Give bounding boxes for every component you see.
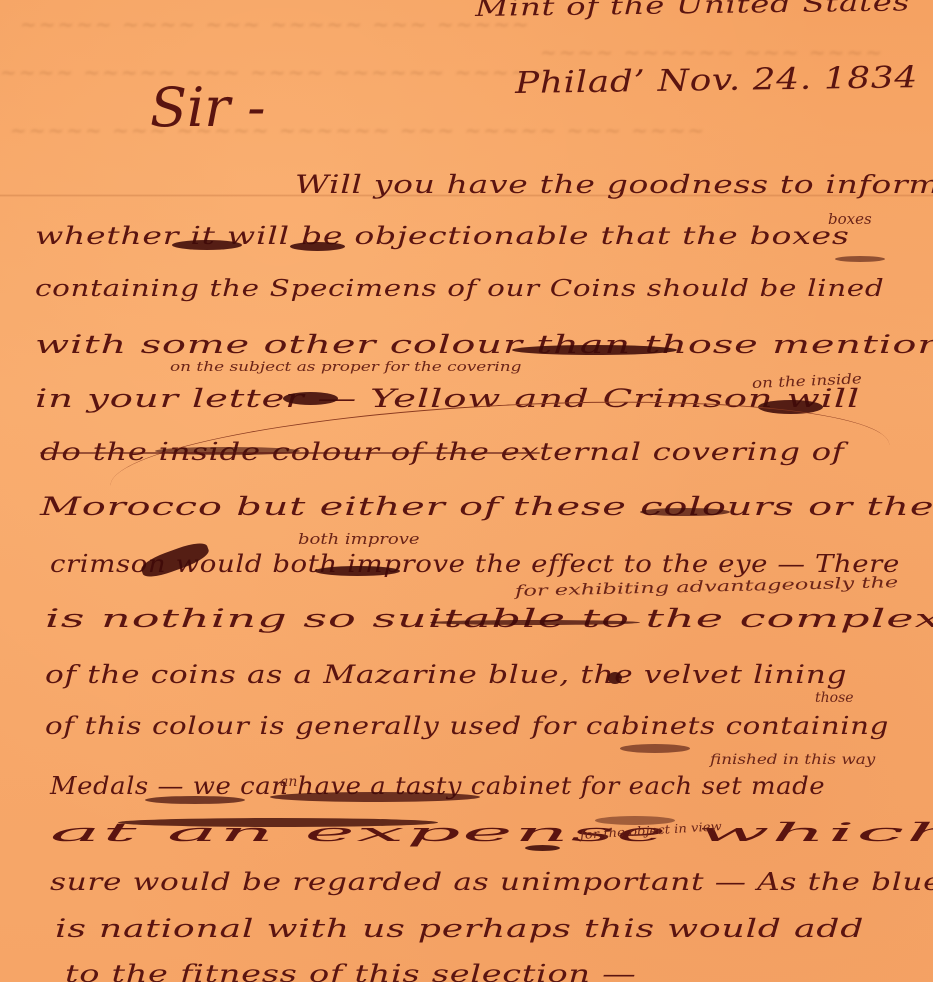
- bleed-through-text: ~~~~~ ~~~~ ~~~ ~~~~~ ~~~ ~~~~~: [20, 12, 531, 36]
- interlinear-insertion: boxes: [828, 210, 872, 228]
- salutation: Sir -: [150, 76, 266, 139]
- ink-blot: [620, 744, 690, 753]
- interlinear-insertion: both improve: [298, 530, 420, 548]
- ink-blot: [118, 818, 438, 827]
- bleed-through-text: ~~~~~ ~~~ ~~~~~ ~~~~~~ ~~~ ~~~~~ ~~~ ~~~…: [10, 118, 706, 142]
- body-line: sure would be regarded as unimportant — …: [50, 868, 933, 896]
- interlinear-insertion: those: [815, 690, 854, 706]
- body-line: is national with us perhaps this would a…: [55, 914, 864, 943]
- ink-blot: [525, 845, 560, 851]
- ink-blot: [290, 242, 345, 251]
- body-line: of the coins as a Mazarine blue, the vel…: [45, 660, 847, 689]
- ink-blot: [270, 792, 480, 802]
- ink-blot: [315, 566, 400, 576]
- strike-through: [40, 452, 540, 454]
- ink-blot: [512, 345, 677, 355]
- ink-blot: [145, 796, 245, 804]
- ink-blot: [283, 392, 338, 405]
- ink-blot: [172, 240, 242, 250]
- body-line: of this colour is generally used for cab…: [45, 712, 889, 740]
- body-line: Will you have the goodness to inform me: [295, 170, 933, 199]
- body-line: to the fitness of this selection —: [65, 960, 636, 982]
- place-date: Philad’ Nov. 24. 1834: [515, 60, 919, 101]
- body-line: is nothing so suitable to the complexion: [45, 604, 933, 633]
- ink-blot: [430, 620, 640, 625]
- interlinear-insertion: an: [280, 774, 297, 790]
- body-line: whether it will be objectionable that th…: [35, 222, 850, 250]
- interlinear-insertion: finished in this way: [710, 752, 875, 768]
- ink-blot: [835, 256, 885, 262]
- ink-blot: [595, 816, 675, 825]
- bleed-through-text: ~~~~ ~~~~~ ~~~ ~~~~ ~~~~~~ ~~~~~: [0, 60, 548, 84]
- body-line: containing the Specimens of our Coins sh…: [35, 276, 884, 302]
- ink-blot: [608, 672, 622, 684]
- interlinear-insertion: on the subject as proper for the coverin…: [170, 360, 522, 375]
- body-line: with some other colour than those mentio…: [35, 330, 933, 359]
